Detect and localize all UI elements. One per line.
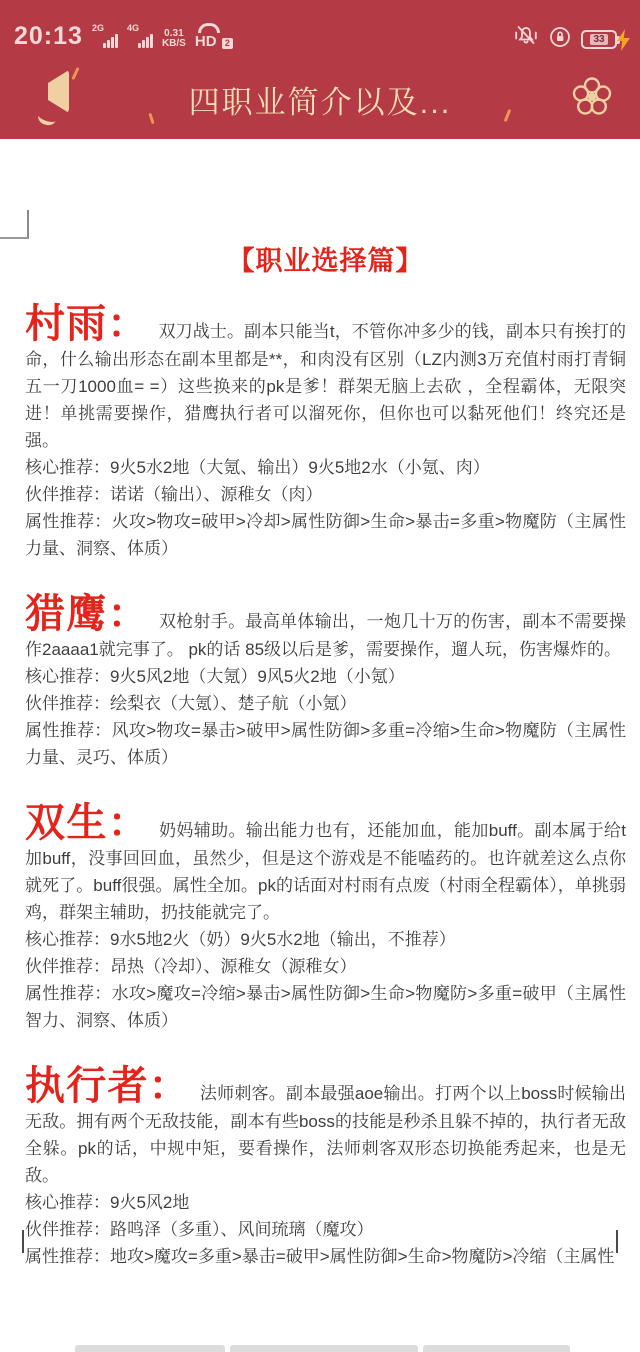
speed-unit: KB/S <box>162 39 186 49</box>
battery-level: 33 <box>593 35 604 45</box>
cutoff-gray-bar <box>75 1345 225 1352</box>
post-content: 【职业选择篇】 村雨：双刀战士。副本只能当t，不管你冲多少的钱，副本只有挨打的命… <box>0 239 640 1270</box>
flower-icon <box>570 75 614 119</box>
vibrate-mute-icon <box>513 23 539 49</box>
attribute-recommendation: 属性推荐：火攻>物攻=破甲>冷却>属性防御>生命>暴击=多重>物魔防（主属性力量… <box>25 508 626 562</box>
class-section-cunyu: 村雨：双刀战士。副本只能当t，不管你冲多少的钱，副本只有挨打的命，什么输出形态在… <box>25 302 626 562</box>
status-bar: 20:13 2G 4G 0.31 KB/S HD 2 <box>0 0 640 55</box>
network-speed-indicator: 0.31 KB/S <box>162 29 186 49</box>
partner-recommendation: 伙伴推荐：诺诺（输出）、源稚女（肉） <box>25 481 626 508</box>
frame-tick-left <box>22 1230 24 1253</box>
signal-4g-icon: 4G <box>127 23 153 49</box>
class-name: 执行者： <box>25 1064 190 1108</box>
cutoff-gray-bar <box>423 1345 570 1352</box>
class-section-zhixingzhe: 执行者：法师刺客。副本最强aoe输出。打两个以上boss时候输出无敌。拥有两个无… <box>25 1064 626 1270</box>
class-name: 双生： <box>25 801 149 845</box>
attribute-recommendation: 属性推荐：风攻>物攻=暴击>破甲>属性防御>多重=冷缩>生命>物魔防（主属性力量… <box>25 717 626 771</box>
core-recommendation: 核心推荐：9火5风2地 <box>25 1189 626 1216</box>
frame-tick-right <box>616 1230 618 1253</box>
cutoff-gray-bar <box>230 1345 418 1352</box>
class-section-lieying: 猎鹰：双枪射手。最高单体输出，一炮几十万的伤害，副本不需要操作2aaaa1就完事… <box>25 592 626 771</box>
partner-recommendation: 伙伴推荐：路鸣泽（多重）、风间琉璃（魔攻） <box>25 1216 626 1243</box>
battery-indicator: 33 <box>581 30 620 49</box>
core-recommendation: 核心推荐：9火5风2地（大氪）9风5火2地（小氪） <box>25 663 626 690</box>
attribute-recommendation: 属性推荐：地攻>魔攻=多重>暴击=破甲>属性防御>生命>物魔防>冷缩（主属性 <box>25 1243 626 1270</box>
clock: 20:13 <box>14 23 83 49</box>
app-header: 四职业简介以及... <box>0 55 640 139</box>
frame-corner-mark <box>0 210 29 239</box>
partner-recommendation: 伙伴推荐：昂热（冷却）、源稚女（源稚女） <box>25 953 626 980</box>
class-section-shuangsheng: 双生：奶妈辅助。输出能力也有，还能加血，能加buff。副本属于给t加buff，没… <box>25 801 626 1034</box>
class-name: 村雨： <box>25 302 148 346</box>
attribute-recommendation: 属性推荐：水攻>魔攻=冷缩>暴击>属性防御>生命>物魔防>多重=破甲（主属性智力… <box>25 980 626 1034</box>
page-title: 四职业简介以及... <box>0 77 640 122</box>
partner-recommendation: 伙伴推荐：绘梨衣（大氪）、楚子航（小氪） <box>25 690 626 717</box>
charging-bolt-icon <box>617 29 630 51</box>
core-recommendation: 核心推荐：9火5水2地（大氪、输出）9火5地2水（小氪、肉） <box>25 454 626 481</box>
flower-menu-button[interactable] <box>570 75 614 119</box>
volte-hd-icon: HD 2 <box>195 23 235 49</box>
class-name: 猎鹰： <box>25 592 149 636</box>
phone-screen: 20:13 2G 4G 0.31 KB/S HD 2 <box>0 0 640 1352</box>
guide-section-heading: 【职业选择篇】 <box>25 239 626 278</box>
core-recommendation: 核心推荐：9水5地2火（奶）9火5水2地（输出，不推荐） <box>25 926 626 953</box>
rotation-lock-icon <box>548 25 572 49</box>
top-bar: 20:13 2G 4G 0.31 KB/S HD 2 <box>0 0 640 139</box>
signal-2g-icon: 2G <box>92 23 118 49</box>
